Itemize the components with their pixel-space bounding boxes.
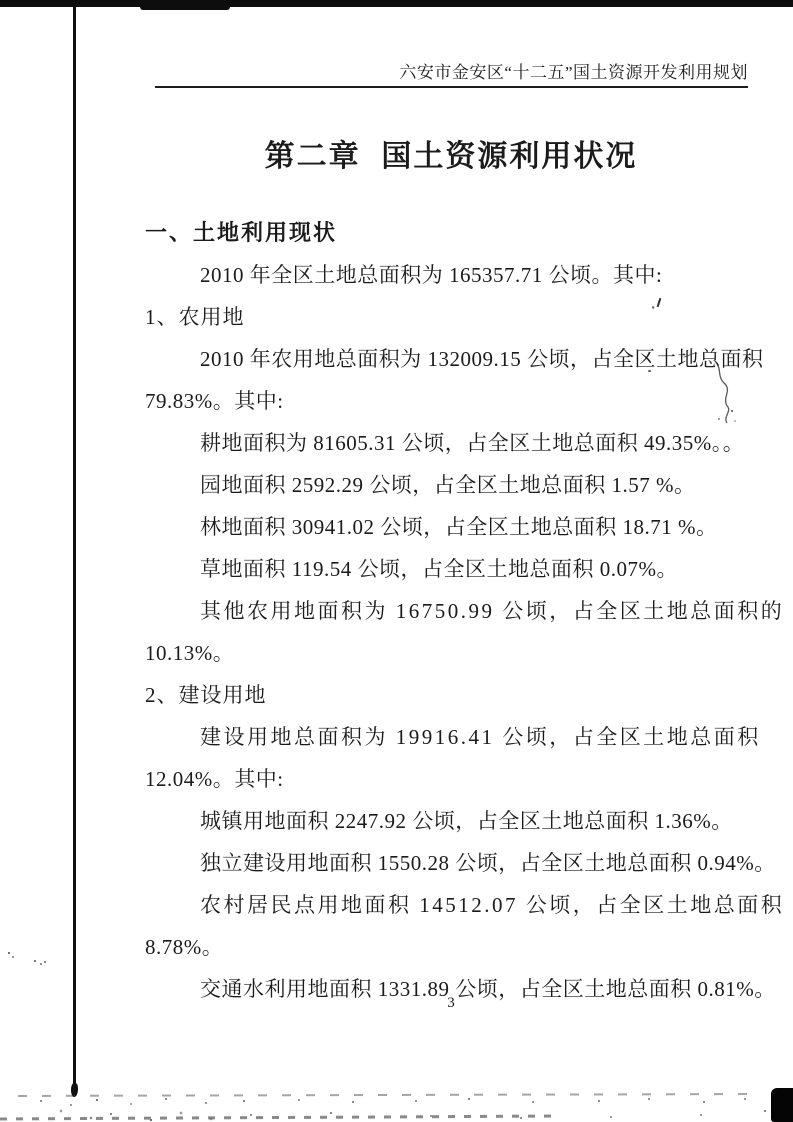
text-line: 独立建设用地面积 1550.28 公顷，占全区土地总面积 0.94%。 bbox=[145, 842, 761, 884]
page-number: 3 bbox=[145, 995, 757, 1012]
text-line: 耕地面积为 81605.31 公顷，占全区土地总面积 49.35%。。 bbox=[145, 422, 761, 464]
running-head-title: 六安市金安区“十二五”国土资源开发利用规划 bbox=[399, 63, 748, 82]
text-line: 2010 年农用地总面积为 132009.15 公顷，占全区土地总面积 bbox=[145, 338, 761, 380]
chapter-title: 第二章 国土资源利用状况 bbox=[145, 131, 757, 175]
scan-noise-streak bbox=[0, 1115, 560, 1121]
scan-noise-specks bbox=[0, 0, 2, 2]
document-body: 一、土地利用现状2010 年全区土地总面积为 165357.71 公顷。其中:1… bbox=[145, 212, 761, 1010]
section-heading: 2、建设用地 bbox=[145, 674, 761, 716]
text-line: 8.78%。 bbox=[145, 926, 761, 968]
section-heading: 1、农用地 bbox=[145, 296, 761, 338]
text-line: 79.83%。其中: bbox=[145, 380, 761, 422]
scan-corner-blob bbox=[771, 1088, 793, 1122]
text-line: 2010 年全区土地总面积为 165357.71 公顷。其中: bbox=[145, 254, 761, 296]
section-heading: 一、土地利用现状 bbox=[145, 212, 761, 254]
scan-edge-top-bar bbox=[0, 0, 793, 7]
scan-binding-line bbox=[73, 5, 76, 1095]
text-line: 12.04%。其中: bbox=[145, 758, 761, 800]
scan-noise-streak bbox=[18, 1093, 748, 1097]
running-head: 六安市金安区“十二五”国土资源开发利用规划 bbox=[155, 58, 748, 88]
scanned-document-page: 六安市金安区“十二五”国土资源开发利用规划 第二章 国土资源利用状况 一、土地利… bbox=[0, 0, 793, 1122]
text-line: 建设用地总面积为 19916.41 公顷，占全区土地总面积 bbox=[145, 716, 761, 758]
text-line: 林地面积 30941.02 公顷，占全区土地总面积 18.71 %。 bbox=[145, 506, 761, 548]
text-line: 城镇用地面积 2247.92 公顷，占全区土地总面积 1.36%。 bbox=[145, 800, 761, 842]
text-line: 10.13%。 bbox=[145, 632, 761, 674]
text-line: 其他农用地面积为 16750.99 公顷，占全区土地总面积的 bbox=[145, 590, 761, 632]
text-line: 园地面积 2592.29 公顷，占全区土地总面积 1.57 %。 bbox=[145, 464, 761, 506]
text-line: 农村居民点用地面积 14512.07 公顷，占全区土地总面积 bbox=[145, 884, 761, 926]
text-line: 草地面积 119.54 公顷，占全区土地总面积 0.07%。 bbox=[145, 548, 761, 590]
